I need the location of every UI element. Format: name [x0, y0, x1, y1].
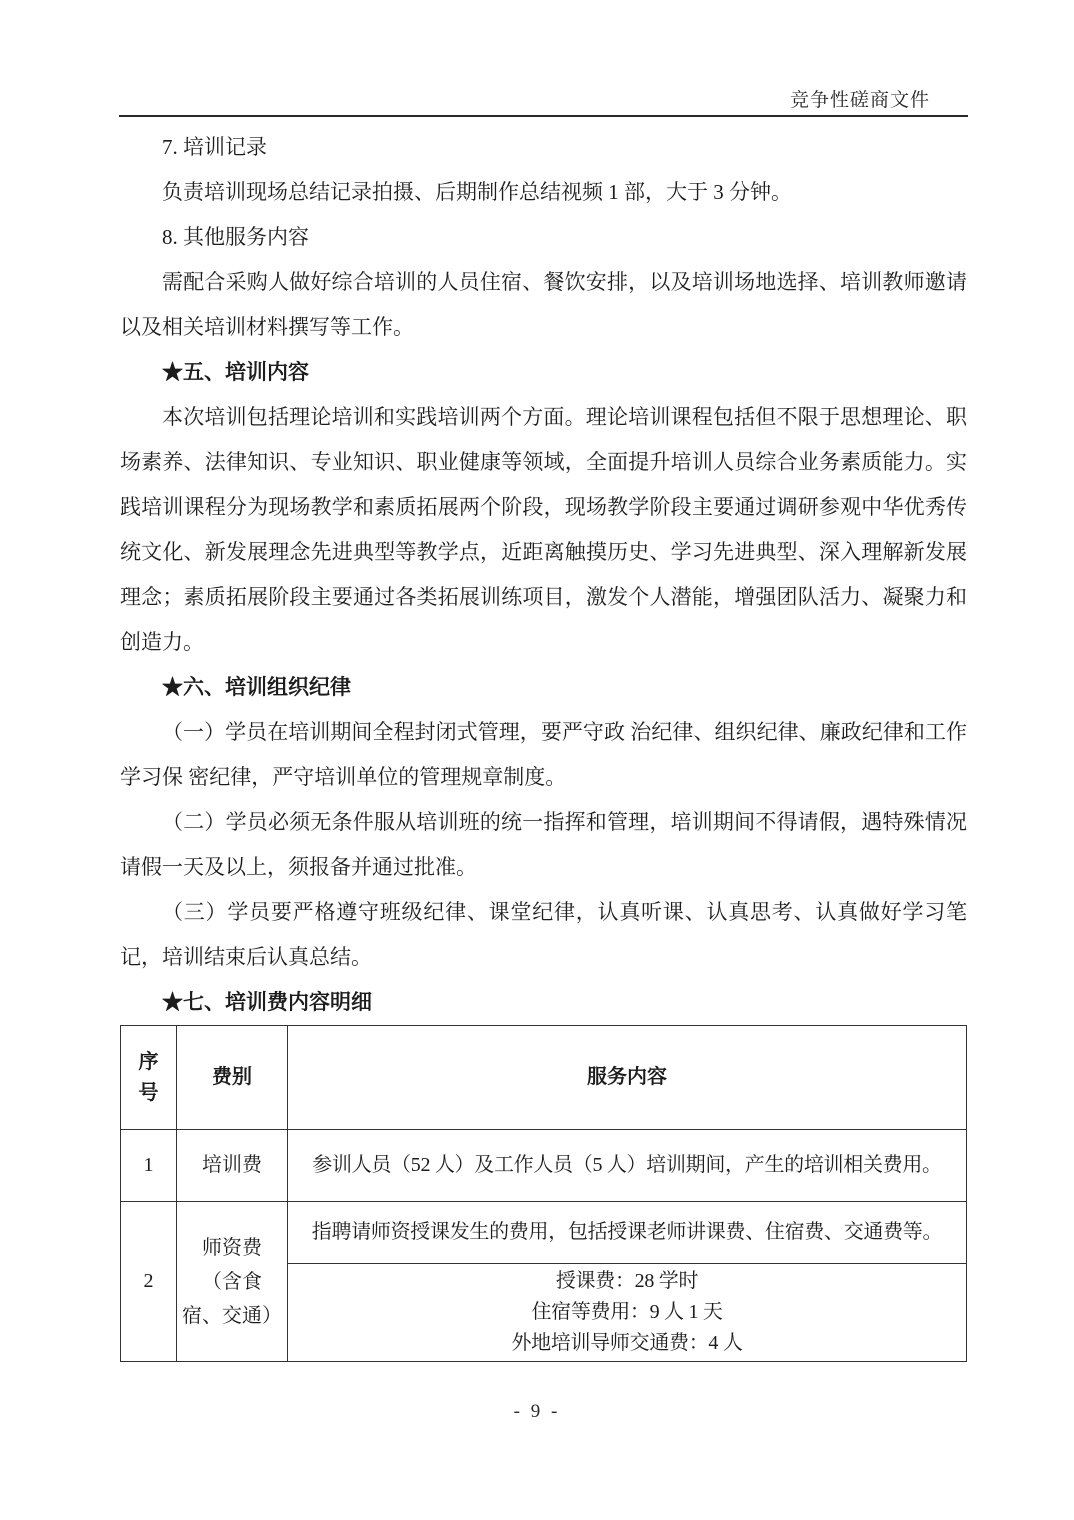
table-header-row: 序 号 费别 服务内容	[121, 1026, 967, 1130]
document-page: 竞争性磋商文件 7. 培训记录 负责培训现场总结记录拍摄、后期制作总结视频 1 …	[0, 0, 1074, 1520]
para-training-content-detail: 本次培训包括理论培训和实践培训两个方面。理论培训课程包括但不限于思想理论、职场素…	[120, 395, 967, 665]
table-row-2: 2 师资费 （含食 宿、交通） 指聘请师资授课发生的费用，包括授课老师讲课费、住…	[121, 1202, 967, 1264]
row2-no-cell: 2	[121, 1202, 177, 1362]
heading-section-5-training-content: ★五、培训内容	[120, 350, 967, 395]
row2-service-description-cell: 指聘请师资授课发生的费用，包括授课老师讲课费、住宿费、交通费等。	[288, 1202, 967, 1264]
document-body: 7. 培训记录 负责培训现场总结记录拍摄、后期制作总结视频 1 部，大于 3 分…	[120, 125, 967, 1362]
heading-section-7-fee-details: ★七、培训费内容明细	[120, 980, 967, 1025]
column-header-category: 费别	[177, 1026, 288, 1130]
row2-category-cell: 师资费 （含食 宿、交通）	[177, 1202, 288, 1362]
column-header-no: 序 号	[121, 1026, 177, 1130]
item-8-other-services: 8. 其他服务内容	[120, 215, 967, 260]
page-header-title: 竞争性磋商文件	[120, 85, 930, 112]
page-number: - 9 -	[0, 1401, 1074, 1423]
column-header-service: 服务内容	[288, 1026, 967, 1130]
row1-no-cell: 1	[121, 1130, 177, 1202]
table-row-1: 1 培训费 参训人员（52 人）及工作人员（5 人）培训期间，产生的培训相关费用…	[121, 1130, 967, 1202]
row1-category-cell: 培训费	[177, 1130, 288, 1202]
para-training-record-detail: 负责培训现场总结记录拍摄、后期制作总结视频 1 部，大于 3 分钟。	[120, 170, 967, 215]
item-7-training-record: 7. 培训记录	[120, 125, 967, 170]
para-discipline-rule-1: （一）学员在培训期间全程封闭式管理，要严守政 治纪律、组织纪律、廉政纪律和工作学…	[120, 710, 967, 800]
row2-service-detail-cell: 授课费：28 学时 住宿等费用：9 人 1 天 外地培训导师交通费：4 人	[288, 1264, 967, 1362]
para-other-services-detail: 需配合采购人做好综合培训的人员住宿、餐饮安排，以及培训场地选择、培训教师邀请以及…	[120, 260, 967, 350]
fee-detail-table: 序 号 费别 服务内容 1 培训费 参训人员（52 人）及工作人员（5 人）培训…	[120, 1025, 967, 1362]
header-rule-divider	[119, 115, 968, 117]
para-discipline-rule-2: （二）学员必须无条件服从培训班的统一指挥和管理，培训期间不得请假，遇特殊情况请假…	[120, 800, 967, 890]
heading-section-6-training-discipline: ★六、培训组织纪律	[120, 665, 967, 710]
row1-service-cell: 参训人员（52 人）及工作人员（5 人）培训期间，产生的培训相关费用。	[288, 1130, 967, 1202]
para-discipline-rule-3: （三）学员要严格遵守班级纪律、课堂纪律，认真听课、认真思考、认真做好学习笔记，培…	[120, 890, 967, 980]
